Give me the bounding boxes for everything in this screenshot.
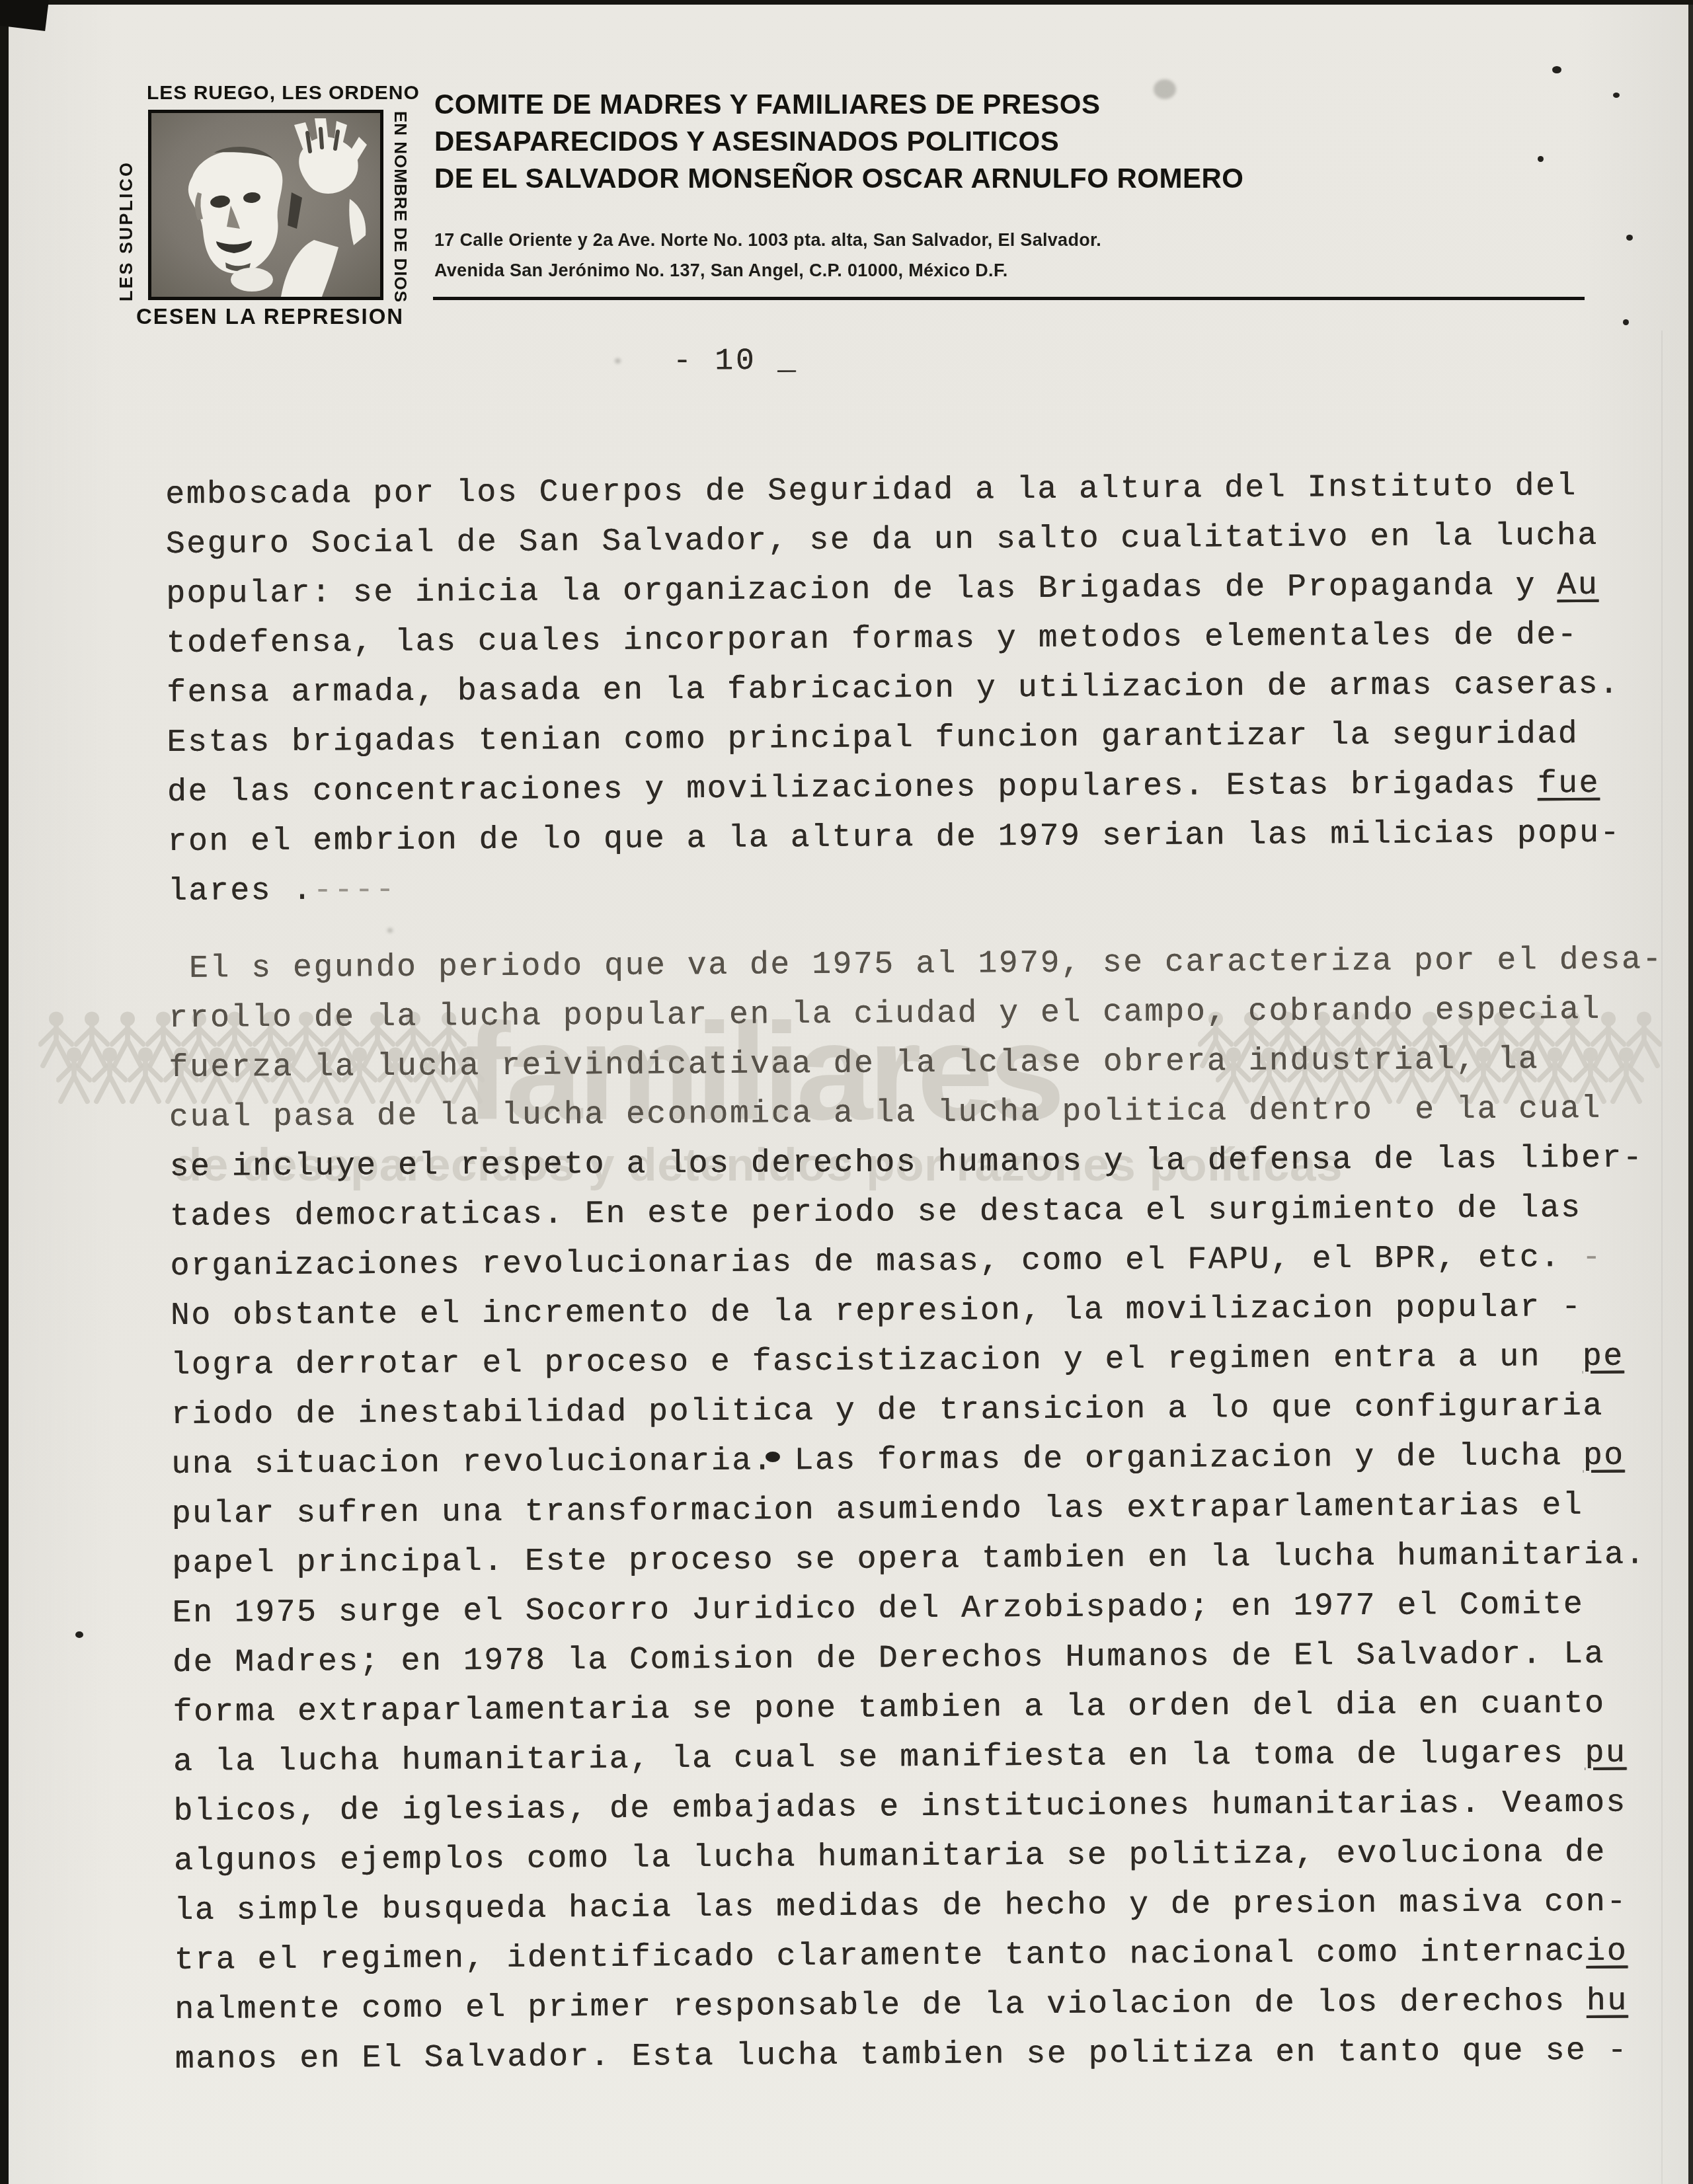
text-segment: - bbox=[1582, 1240, 1603, 1276]
text-segment: po bbox=[1583, 1438, 1625, 1474]
text-line: algunos ejemplos como la lucha humanitar… bbox=[174, 1828, 1668, 1887]
text-segment: la simple busqueda hacia las medidas de … bbox=[174, 1885, 1628, 1929]
text-line: popular: se inicia la organizacion de la… bbox=[166, 561, 1660, 619]
text-line: forma extraparlamentaria se pone tambien… bbox=[173, 1679, 1667, 1738]
text-line: a la lucha humanitaria, la cual se manif… bbox=[173, 1729, 1667, 1787]
text-line: una situacion revolucionaria. Las formas… bbox=[171, 1431, 1665, 1490]
text-line: cual pasa de la lucha economica a la luc… bbox=[169, 1084, 1663, 1143]
text-segment: algunos ejemplos como la lucha humanitar… bbox=[174, 1835, 1606, 1879]
text-segment: una situacion revolucionaria. Las formas… bbox=[171, 1438, 1583, 1483]
text-line: riodo de inestabilidad politica y de tra… bbox=[171, 1382, 1665, 1440]
text-segment: blicos, de iglesias, de embajadas e inst… bbox=[173, 1785, 1627, 1830]
text-segment: todefensa, las cuales incorporan formas … bbox=[166, 617, 1578, 662]
text-segment: emboscada por los Cuerpos de Seguridad a… bbox=[165, 469, 1577, 513]
text-line: Estas brigadas tenian como principal fun… bbox=[167, 709, 1661, 768]
text-segment: logra derrotar el proceso e fascistizaci… bbox=[171, 1339, 1583, 1384]
text-segment: No obstante el incremento de la represio… bbox=[171, 1290, 1583, 1334]
text-line: la simple busqueda hacia las medidas de … bbox=[174, 1877, 1668, 1936]
text-segment: cual pasa de la lucha economica a la luc… bbox=[169, 1091, 1602, 1136]
text-segment: tades democraticas. En este periodo se d… bbox=[170, 1190, 1582, 1235]
text-segment: ron el embrion de lo que a la altura de … bbox=[167, 816, 1621, 860]
text-segment: tra el regimen, identificado claramente … bbox=[175, 1934, 1587, 1978]
text-segment: Au bbox=[1557, 568, 1598, 604]
text-line: Seguro Social de San Salvador, se da un … bbox=[165, 511, 1659, 570]
text-line: logra derrotar el proceso e fascistizaci… bbox=[171, 1332, 1665, 1391]
text-line: tades democraticas. En este periodo se d… bbox=[170, 1183, 1664, 1242]
text-segment: io bbox=[1586, 1934, 1628, 1970]
text-line: No obstante el incremento de la represio… bbox=[171, 1282, 1665, 1341]
text-line: lares .---- bbox=[168, 858, 1662, 917]
text-segment: papel principal. Este proceso se opera t… bbox=[172, 1537, 1646, 1582]
paper-doll-icon bbox=[92, 1046, 128, 1104]
text-line: organizaciones revolucionarias de masas,… bbox=[170, 1233, 1664, 1292]
text-segment: de Madres; en 1978 la Comision de Derech… bbox=[173, 1637, 1605, 1681]
text-line: fuerza la lucha reivindicativaa de la lc… bbox=[169, 1034, 1663, 1093]
text-line: se incluye el respeto a los derechos hum… bbox=[169, 1134, 1663, 1192]
body-text: emboscada por los Cuerpos de Seguridad a… bbox=[165, 461, 1669, 2085]
text-segment: organizaciones revolucionarias de masas,… bbox=[170, 1240, 1582, 1284]
text-segment: rrollo de la lucha popular en la ciudad … bbox=[169, 992, 1601, 1036]
text-line: manos en El Salvador. Esta lucha tambien… bbox=[175, 2026, 1669, 2085]
text-segment: forma extraparlamentaria se pone tambien… bbox=[173, 1686, 1605, 1731]
text-segment: a la lucha humanitaria, la cual se manif… bbox=[173, 1736, 1585, 1780]
text-line: pular sufren una transformacion asumiend… bbox=[171, 1481, 1665, 1540]
paper-doll-icon bbox=[128, 1046, 163, 1104]
text-segment: de las concentraciones y movilizaciones … bbox=[167, 766, 1538, 810]
text-line: de las concentraciones y movilizaciones … bbox=[167, 759, 1661, 818]
text-segment: pe bbox=[1583, 1339, 1624, 1375]
text-line: nalmente como el primer responsable de l… bbox=[175, 1976, 1669, 2035]
text-line: todefensa, las cuales incorporan formas … bbox=[166, 610, 1660, 669]
text-line: rrollo de la lucha popular en la ciudad … bbox=[169, 985, 1663, 1044]
text-segment: pular sufren una transformacion asumiend… bbox=[171, 1488, 1583, 1532]
text-segment: fue bbox=[1537, 766, 1600, 802]
text-line: papel principal. Este proceso se opera t… bbox=[172, 1530, 1666, 1589]
text-line: ron el embrion de lo que a la altura de … bbox=[167, 808, 1661, 867]
text-line: blicos, de iglesias, de embajadas e inst… bbox=[173, 1778, 1667, 1837]
paragraph: emboscada por los Cuerpos de Seguridad a… bbox=[165, 461, 1662, 917]
text-segment: lares . bbox=[168, 873, 313, 910]
text-segment: se incluye el respeto a los derechos hum… bbox=[169, 1140, 1643, 1185]
text-segment: riodo de inestabilidad politica y de tra… bbox=[171, 1389, 1604, 1433]
text-segment: popular: se inicia la organizacion de la… bbox=[166, 568, 1557, 612]
text-segment: El s egundo periodo que va de 1975 al 19… bbox=[168, 942, 1663, 987]
text-segment: ---- bbox=[313, 873, 397, 909]
text-segment: hu bbox=[1587, 1984, 1628, 2019]
text-segment: fensa armada, basada en la fabricacion y… bbox=[167, 667, 1620, 711]
paper-doll-icon bbox=[56, 1046, 92, 1104]
text-segment: manos en El Salvador. Esta lucha tambien… bbox=[175, 2033, 1629, 2078]
text-segment: pu bbox=[1585, 1736, 1626, 1772]
text-segment: fuerza la lucha reivindicativaa de la lc… bbox=[169, 1042, 1539, 1086]
text-segment: nalmente como el primer responsable de l… bbox=[175, 1984, 1587, 2028]
paragraph: El s egundo periodo que va de 1975 al 19… bbox=[168, 935, 1669, 2085]
text-segment: En 1975 surge el Socorro Juridico del Ar… bbox=[172, 1587, 1584, 1631]
text-line: El s egundo periodo que va de 1975 al 19… bbox=[168, 935, 1662, 994]
text-line: tra el regimen, identificado claramente … bbox=[175, 1927, 1669, 1986]
text-line: de Madres; en 1978 la Comision de Derech… bbox=[173, 1629, 1667, 1688]
text-line: emboscada por los Cuerpos de Seguridad a… bbox=[165, 461, 1659, 520]
text-line: En 1975 surge el Socorro Juridico del Ar… bbox=[172, 1580, 1666, 1639]
scanned-document-page: familiares de desaparecidos y detenidos … bbox=[0, 0, 1693, 2184]
text-segment: Seguro Social de San Salvador, se da un … bbox=[166, 518, 1598, 563]
text-line: fensa armada, basada en la fabricacion y… bbox=[167, 660, 1661, 719]
text-segment: Estas brigadas tenian como principal fun… bbox=[167, 717, 1579, 761]
